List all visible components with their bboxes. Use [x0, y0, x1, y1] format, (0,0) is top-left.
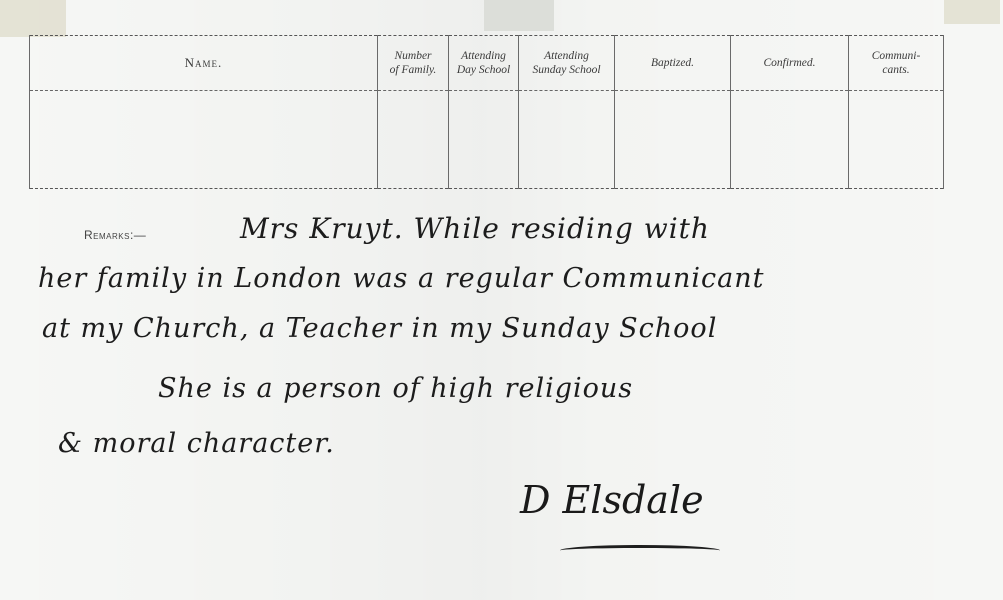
remarks-line-5: & moral character.	[58, 428, 335, 459]
header-baptized: Baptized.	[615, 36, 731, 91]
header-name: Name.	[30, 36, 378, 91]
cell-sunday-school	[519, 91, 615, 189]
cell-number-of-family	[378, 91, 449, 189]
table-header-row: Name. Numberof Family. AttendingDay Scho…	[30, 36, 944, 91]
remarks-label: Remarks:—	[84, 228, 146, 242]
tape-strip-left	[0, 0, 66, 37]
tape-strip-right	[944, 0, 1000, 24]
remarks-line-4: She is a person of high religious	[158, 373, 633, 404]
cell-confirmed	[731, 91, 849, 189]
signature: D Elsdale	[520, 478, 704, 522]
remarks-line-2: her family in London was a regular Commu…	[38, 263, 764, 294]
document-page: Name. Numberof Family. AttendingDay Scho…	[0, 0, 1003, 600]
table-row	[30, 91, 944, 189]
cell-communicants	[849, 91, 944, 189]
membership-table: Name. Numberof Family. AttendingDay Scho…	[29, 35, 944, 189]
header-communicants: Communi-cants.	[849, 36, 944, 91]
remarks-line-1: Mrs Kruyt. While residing with	[240, 212, 710, 245]
cell-baptized	[615, 91, 731, 189]
tape-strip-middle	[484, 0, 554, 31]
cell-name	[30, 91, 378, 189]
header-confirmed: Confirmed.	[731, 36, 849, 91]
header-number-of-family: Numberof Family.	[378, 36, 449, 91]
cell-day-school	[449, 91, 519, 189]
header-attending-sunday-school: AttendingSunday School	[519, 36, 615, 91]
remarks-line-3: at my Church, a Teacher in my Sunday Sch…	[42, 313, 717, 344]
signature-underline	[560, 545, 720, 556]
header-attending-day-school: AttendingDay School	[449, 36, 519, 91]
